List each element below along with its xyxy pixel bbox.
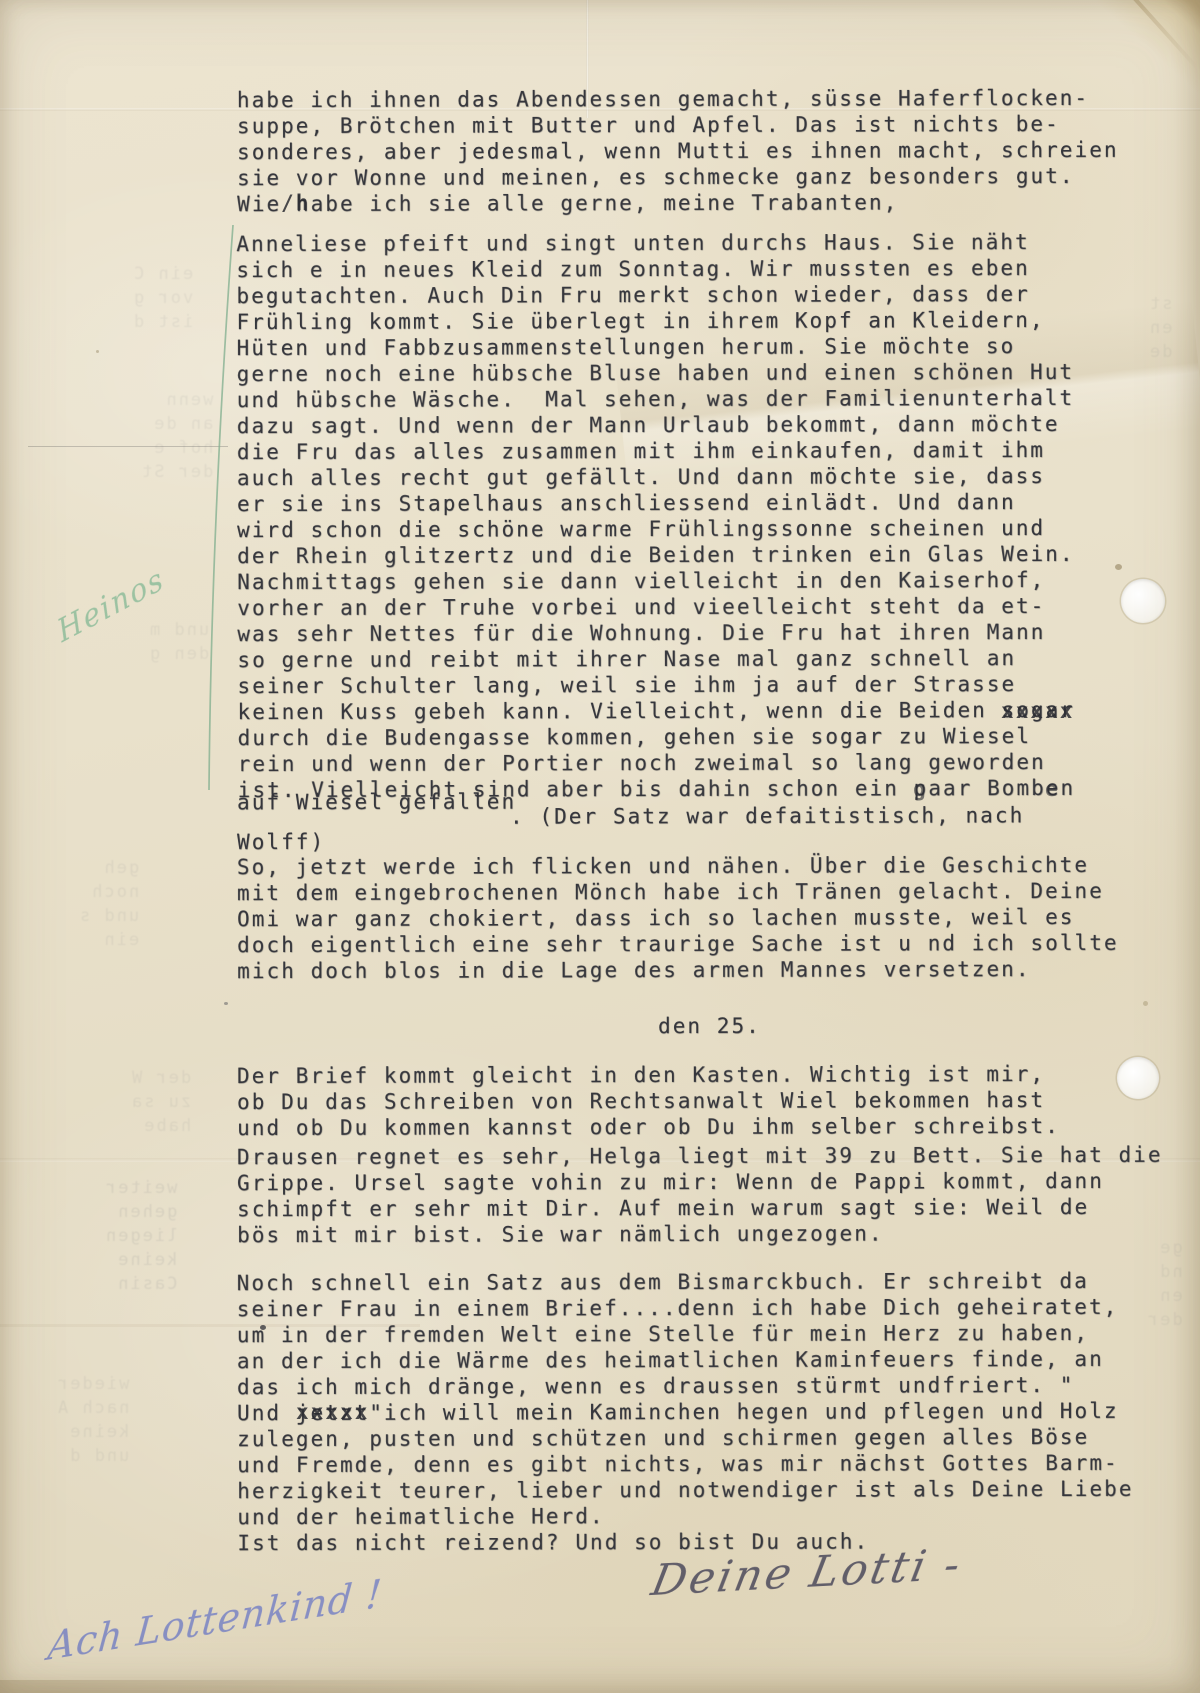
bleedthrough-fragment: st en de <box>1148 292 1172 364</box>
defaitistisch-line: . (Der Satz war defaitistisch, nach <box>510 802 1024 829</box>
blue-ink-note: Ach Lottenkind ! <box>46 1571 384 1669</box>
letter-page: ein C vor g ist d wenn an de hof e der S… <box>0 0 1200 1693</box>
paper-speck <box>1143 1001 1148 1006</box>
typed-paragraph-6: Noch schnell ein Satz aus dem Bismarckbu… <box>237 1268 1134 1556</box>
corner-fold-highlight <box>1125 0 1200 92</box>
bleedthrough-fragment: der W zu sa habe <box>130 1066 191 1138</box>
typed-paragraph-4: Der Brief kommt gleicht in den Kasten. W… <box>237 1061 1060 1141</box>
typed-paragraph-1: habe ich ihnen das Abendessen gemacht, s… <box>237 85 1119 217</box>
bleedthrough-fragment: wieder nach A keine und d <box>56 1372 129 1468</box>
overtype-g-paar: g <box>913 776 928 802</box>
paper-speck <box>1115 564 1122 570</box>
date-line: den 25. <box>658 1013 761 1039</box>
bleedthrough-fragment: und m den g <box>148 618 209 666</box>
bleedthrough-fragment: ein C vor g ist d <box>132 262 193 334</box>
punch-hole-bottom <box>1117 1057 1159 1099</box>
overtyped-overlap-line: auf Wiesel gefallen <box>237 789 516 816</box>
bleedthrough-fragment: geh noch und s ein <box>78 856 139 952</box>
typed-paragraph-5: Drausen regnet es sehr, Helga liegt mit … <box>237 1142 1163 1248</box>
paper-speck <box>96 350 99 353</box>
overtype-slash-mark: /h <box>281 190 310 216</box>
overtype-e-bomben: e <box>1045 776 1060 802</box>
wolff-line: Wolff) <box>237 829 325 855</box>
punch-hole-top <box>1121 579 1165 623</box>
bleedthrough-fragment: ge nd en der <box>1146 1236 1183 1332</box>
ink-dot <box>224 1002 228 1005</box>
typed-paragraph-2: Anneliese pfeift und singt unten durchs … <box>236 229 1075 803</box>
bleedthrough-fragment: weiter gehen liegen keine Casin <box>104 1176 177 1296</box>
bottom-edge-shadow <box>0 1680 520 1693</box>
overtype-x-sogar: xxxxx <box>1001 698 1074 724</box>
typed-paragraph-3: So, jetzt werde ich flicken und nähen. Ü… <box>237 852 1119 984</box>
overtype-x-jetzt: xxxxx <box>296 1399 369 1425</box>
bleedthrough-fragment: wenn an de hof e der St <box>140 388 213 484</box>
